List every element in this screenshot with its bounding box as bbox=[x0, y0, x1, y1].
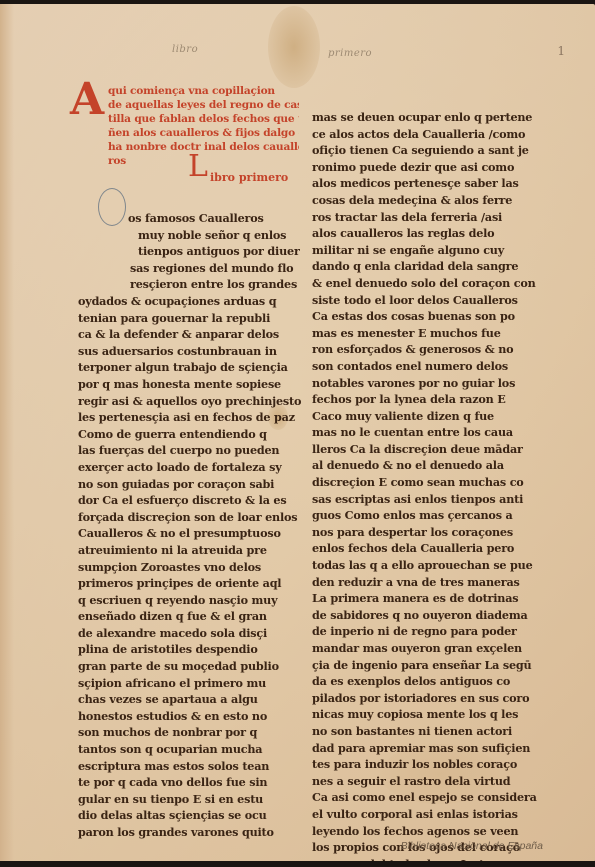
text-line: muy noble señor q enlos bbox=[138, 227, 300, 244]
folio-number: 1 bbox=[557, 44, 565, 58]
text-line: notables varones por no guiar los bbox=[312, 375, 537, 392]
text-line: cosas dela medeçina & alos ferre bbox=[312, 192, 537, 209]
text-line: son muchos de nonbrar por q bbox=[78, 724, 301, 741]
text-line: no son guiadas por coraçon sabi bbox=[78, 476, 301, 493]
text-line: ronimo puede dezir que asi como bbox=[312, 159, 537, 176]
text-line: os famosos Caualleros bbox=[128, 210, 300, 227]
text-line: de alexandre macedo sola disçi bbox=[78, 625, 301, 642]
text-line: sas regiones del mundo flo bbox=[130, 260, 300, 277]
text-line: enlos fechos dela Caualleria pero bbox=[312, 540, 537, 557]
book-title: ibro primero bbox=[210, 171, 288, 184]
text-line: lleros Ca la discreçion deue mādar bbox=[312, 441, 537, 458]
text-line: den reduzir a vna de tres maneras bbox=[312, 574, 537, 591]
text-line: al denuedo & no el denuedo ala bbox=[312, 457, 537, 474]
text-line: Como de guerra entendiendo q bbox=[78, 426, 301, 443]
text-line: La primera manera es de dotrinas bbox=[312, 590, 537, 607]
text-line: siste todo el loor delos Caualleros bbox=[312, 292, 537, 309]
text-line: honestos estudios & en esto no bbox=[78, 708, 301, 725]
text-line: sumpçion Zoroastes vno delos bbox=[78, 559, 301, 576]
rubric-line: de aquellas leyes del regno de cas bbox=[108, 98, 299, 112]
text-line: militar ni se engañe alguno cuy bbox=[312, 242, 537, 259]
text-line: Caualleros & no el presumptuoso bbox=[78, 525, 301, 542]
manuscript-page: libro primero 1 A qui comiença vna copil… bbox=[0, 4, 595, 862]
text-line: no son bastantes ni tienen actori bbox=[312, 723, 537, 740]
text-line: ce alos actos dela Caualleria /como bbox=[312, 126, 537, 143]
left-text-column: os famosos Caualleros muy noble señor q … bbox=[128, 210, 300, 293]
text-line: dad para apremiar mas son sufiçien bbox=[312, 740, 537, 757]
text-line: fechos por la lynea dela razon E bbox=[312, 391, 537, 408]
text-line: ron esforçados & generosos & no bbox=[312, 341, 537, 358]
library-watermark: Biblioteca Nacional de España bbox=[401, 840, 543, 852]
left-text-column-body: oydados & ocupaçiones arduas q tenian pa… bbox=[78, 293, 301, 841]
text-line: sas escriptas asi enlos tienpos anti bbox=[312, 491, 537, 508]
text-line: guos Como enlos mas çercanos a bbox=[312, 507, 537, 524]
text-line: oydados & ocupaçiones arduas q bbox=[78, 293, 301, 310]
text-line: enseñado dizen q fue & el gran bbox=[78, 608, 301, 625]
text-line: paron los grandes varones quito bbox=[78, 824, 301, 841]
text-line: resçieron entre los grandes bbox=[130, 276, 300, 293]
text-line: ofiçio tienen Ca seguiendo a sant je bbox=[312, 142, 537, 159]
rubric-line: qui comiença vna copillaçion bbox=[108, 84, 299, 98]
text-line: da es exenplos delos antiguos co bbox=[312, 673, 537, 690]
text-line: pilados por istoriadores en sus coro bbox=[312, 690, 537, 707]
text-line: plina de aristotiles despendio bbox=[78, 641, 301, 658]
text-line: exerçer acto loado de fortaleza sy bbox=[78, 459, 301, 476]
text-line: sçipion africano el primero mu bbox=[78, 675, 301, 692]
text-line: mas no le cuentan entre los caua bbox=[312, 424, 537, 441]
text-line: Ca estas dos cosas buenas son po bbox=[312, 308, 537, 325]
text-line: son contados enel numero delos bbox=[312, 358, 537, 375]
text-line: atreuimiento ni la atreuida pre bbox=[78, 542, 301, 559]
text-line: nes a seguir el rastro dela virtud bbox=[312, 773, 537, 790]
text-line: te por q cada vno dellos fue sin bbox=[78, 774, 301, 791]
text-line: primeros prinçipes de oriente aql bbox=[78, 575, 301, 592]
library-stamp-icon bbox=[98, 188, 126, 226]
text-line: Ca asi como enel espejo se considera bbox=[312, 789, 537, 806]
text-line: & enel denuedo solo del coraçon con bbox=[312, 275, 537, 292]
text-line: por q mas honesta mente sopiese bbox=[78, 376, 301, 393]
header-note-libro: libro bbox=[172, 44, 198, 55]
text-line: chas vezes se apartaua a algu bbox=[78, 691, 301, 708]
right-text-column: mas se deuen ocupar enlo q pertene ce al… bbox=[312, 109, 537, 867]
text-line: mas es menester E muchos fue bbox=[312, 325, 537, 342]
text-line: alos medicos pertenesçe saber las bbox=[312, 175, 537, 192]
text-line: dor Ca el esfuerço discreto & la es bbox=[78, 492, 301, 509]
text-line: discreçion E como sean muchas co bbox=[312, 474, 537, 491]
text-line: leyendo los fechos agenos se veen bbox=[312, 823, 537, 840]
text-line: de inperio ni de regno para poder bbox=[312, 623, 537, 640]
text-line: nicas muy copiosa mente los q les bbox=[312, 706, 537, 723]
scan-border-bottom bbox=[0, 861, 595, 867]
text-line: escriptura mas estos solos tean bbox=[78, 758, 301, 775]
text-line: les pertenesçia asi en fechos de paz bbox=[78, 409, 301, 426]
text-line: sus aduersarios costunbrauan in bbox=[78, 343, 301, 360]
text-line: q escriuen q reyendo nasçio muy bbox=[78, 592, 301, 609]
rubric-line: tilla que fablan delos fechos que ta bbox=[108, 112, 299, 126]
text-line: el vulto corporal asi enlas istorias bbox=[312, 806, 537, 823]
text-line: alos caualleros las reglas delo bbox=[312, 225, 537, 242]
text-line: ros tractar las dela ferreria /asi bbox=[312, 209, 537, 226]
text-line: terponer algun trabajo de sçiençia bbox=[78, 359, 301, 376]
header-note-primero: primero bbox=[328, 48, 372, 59]
text-line: dando q enla claridad dela sangre bbox=[312, 258, 537, 275]
text-line: regir asi & aquellos oyo prechinjesto bbox=[78, 393, 301, 410]
text-line: forçada discreçion son de loar enlos bbox=[78, 509, 301, 526]
text-line: todas las q a ello aprouechan se pue bbox=[312, 557, 537, 574]
text-line: mas se deuen ocupar enlo q pertene bbox=[312, 109, 537, 126]
text-line: çia de ingenio para enseñar La segū bbox=[312, 657, 537, 674]
text-line: las fuerças del cuerpo no pueden bbox=[78, 442, 301, 459]
text-line: ca & la defender & anparar delos bbox=[78, 326, 301, 343]
top-stain bbox=[268, 6, 320, 88]
text-line: tienpos antiguos por diuer bbox=[138, 243, 300, 260]
text-line: dio delas altas sçiençias se ocu bbox=[78, 807, 301, 824]
text-line: de sabidores q no ouyeron diadema bbox=[312, 607, 537, 624]
rubric-line: ñen alos caualleros & fijos dalgo & bbox=[108, 126, 299, 140]
text-line: tantos son q ocuparian mucha bbox=[78, 741, 301, 758]
text-line: mandar mas ouyeron gran exçelen bbox=[312, 640, 537, 657]
page-edge-shadow bbox=[0, 4, 14, 862]
text-line: Caco muy valiente dizen q fue bbox=[312, 408, 537, 425]
text-line: tes para induzir los nobles coraço bbox=[312, 756, 537, 773]
text-line: tenian para gouernar la republi bbox=[78, 310, 301, 327]
text-line: gular en su tienpo E si en estu bbox=[78, 791, 301, 808]
text-line: gran parte de su moçedad publio bbox=[78, 658, 301, 675]
book-initial: L bbox=[188, 152, 208, 182]
text-line: nos para despertar los coraçones bbox=[312, 524, 537, 541]
